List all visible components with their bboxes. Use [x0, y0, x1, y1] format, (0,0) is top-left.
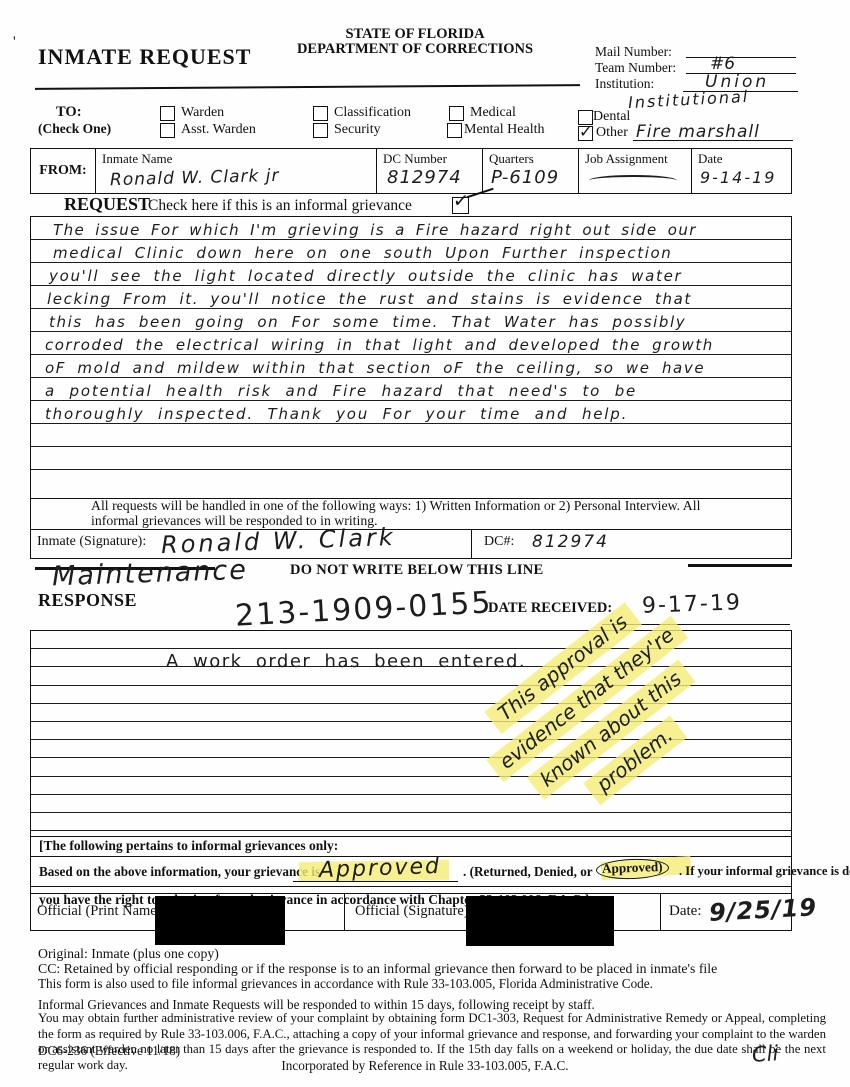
official-print-name-label: Official (Print Name) — [37, 903, 162, 920]
mail-number-label: Mail Number: — [595, 44, 672, 60]
checkbox-security[interactable] — [313, 123, 328, 138]
checkbox-medical-label: Medical — [470, 105, 516, 121]
checkbox-asst-warden[interactable] — [160, 123, 175, 138]
inmate-name-cell[interactable]: Inmate Name Ronald W. Clark jr — [96, 149, 377, 193]
request-line: The issue For which I'm grieving is a Fi… — [53, 221, 697, 239]
job-assignment-label: Job Assignment — [585, 151, 668, 167]
checkbox-security-label: Security — [334, 122, 381, 138]
checkbox-warden[interactable] — [160, 106, 175, 121]
agency-line2: DEPARTMENT OF CORRECTIONS — [250, 41, 580, 58]
inmate-signature-label: Inmate (Signature): — [37, 534, 146, 550]
grievance-footer-line1: [The following pertains to informal grie… — [39, 838, 338, 854]
dc-number-value: 812974 — [387, 167, 462, 188]
request-line: lecking From it. you'll notice the rust … — [47, 290, 692, 308]
institution-label: Institution: — [595, 76, 654, 92]
scan-mark: ' — [13, 34, 16, 51]
grievance-footer-line1-row: [The following pertains to informal grie… — [31, 835, 791, 857]
footer-cc: CC: Retained by official responding or i… — [38, 961, 717, 977]
handling-note-row: All requests will be handled in one of t… — [30, 497, 792, 530]
date-label: Date — [698, 151, 723, 167]
job-assignment-cell[interactable]: Job Assignment — [579, 149, 692, 193]
from-label: FROM: — [39, 163, 86, 179]
other-value-line — [633, 124, 793, 141]
quarters-cell[interactable]: Quarters P-6109 — [483, 149, 579, 193]
team-number-label: Team Number: — [595, 60, 676, 76]
check-one-label: (Check One) — [38, 121, 111, 137]
inmate-name-label: Inmate Name — [102, 151, 172, 167]
checkbox-classification[interactable] — [313, 106, 328, 121]
grievance-footer-box: [The following pertains to informal grie… — [30, 835, 792, 894]
informal-grievance-checkmark: ✓ — [452, 189, 470, 212]
from-table: FROM: Inmate Name Ronald W. Clark jr DC … — [30, 148, 792, 194]
grievance-result-row: Based on the above information, your gri… — [31, 857, 791, 887]
inmate-signature-value: Ronald W. Clark — [161, 523, 397, 559]
footer-form-use: This form is also used to file informal … — [38, 976, 653, 992]
inmate-signature-cell[interactable]: Inmate (Signature): Ronald W. Clark — [31, 529, 472, 558]
dc-number-cell[interactable]: DC Number 812974 — [377, 149, 483, 193]
checkbox-medical[interactable] — [449, 106, 464, 121]
maintenance-note: Maintenance — [52, 555, 249, 593]
mail-number-line[interactable] — [686, 41, 796, 58]
official-date-label: Date: — [669, 903, 701, 920]
grievance-result-value: Approved — [319, 854, 442, 883]
official-signature-label: Official (Signature): — [355, 903, 473, 920]
grievance-result-pre: Based on the above information, your gri… — [39, 864, 320, 880]
form-title: INMATE REQUEST — [38, 44, 251, 70]
from-label-cell: FROM: — [31, 149, 96, 193]
quarters-value: P-6109 — [491, 167, 559, 188]
request-line: corroded the electrical wiring in that l… — [45, 336, 714, 354]
checkbox-other-label: Other — [596, 125, 628, 141]
handling-note-line1: All requests will be handled in one of t… — [91, 498, 700, 514]
to-label: TO: — [56, 104, 82, 121]
request-line: medical Clinic down here on one south Up… — [53, 244, 672, 262]
official-row: Official (Print Name) Official (Signatur… — [30, 893, 792, 931]
informal-grievance-label: Check here if this is an informal grieva… — [148, 197, 412, 215]
official-date-value: 9/25/19 — [708, 893, 817, 927]
request-line: this has been going on For some time. Th… — [49, 313, 686, 331]
request-line: a potential health risk and Fire hazard … — [45, 382, 637, 400]
checkbox-dental-label: Dental — [593, 109, 630, 125]
checkbox-classification-label: Classification — [334, 105, 411, 121]
checkbox-mental-health[interactable] — [447, 123, 462, 138]
do-not-write-label: DO NOT WRITE BELOW THIS LINE — [290, 562, 544, 579]
team-number-value: #6 — [710, 54, 735, 74]
inmate-name-value: Ronald W. Clark jr — [110, 166, 280, 190]
official-date-cell[interactable]: Date: 9/25/19 — [661, 894, 791, 930]
checkbox-mental-health-label: Mental Health — [464, 122, 544, 138]
footer-original: Original: Inmate (plus one copy) — [38, 946, 219, 962]
footer-incorporated: Incorporated by Reference in Rule 33-103… — [0, 1058, 850, 1074]
header-rule — [35, 84, 580, 90]
request-line: thoroughly inspected. Thank you For your… — [45, 405, 628, 423]
quarters-label: Quarters — [489, 151, 534, 167]
redaction-print-name — [155, 896, 285, 945]
date-received-label: DATE RECEIVED: — [488, 600, 612, 617]
inmate-dc-cell[interactable]: DC#: 812974 — [472, 529, 791, 558]
inmate-dc-value: 812974 — [532, 532, 609, 552]
date-cell[interactable]: Date 9-14-19 — [692, 149, 791, 193]
inmate-request-form: ' INMATE REQUEST STATE OF FLORIDA DEPART… — [0, 0, 850, 1087]
request-heading: REQUEST — [64, 194, 150, 215]
checkbox-asst-warden-label: Asst. Warden — [181, 122, 256, 138]
response-heading: RESPONSE — [38, 590, 137, 611]
footer-form-number: DC6-236 (Effective 11/18) — [38, 1043, 180, 1059]
grievance-result-post: . If your informal grievance is denied, — [679, 864, 850, 879]
request-box[interactable]: The issue For which I'm grieving is a Fi… — [30, 216, 792, 499]
checkbox-other-checkmark: ✓ — [579, 122, 592, 141]
footer-corner-initials: Cli — [751, 1041, 779, 1067]
request-line: oF mold and mildew within that section o… — [45, 359, 705, 377]
request-line: you'll see the light located directly ou… — [49, 267, 682, 285]
job-assignment-dash — [589, 175, 677, 186]
grievance-number: 213-1909-0155 — [234, 585, 493, 633]
do-not-write-right-line — [688, 564, 792, 567]
redaction-signature — [466, 896, 614, 946]
checkbox-warden-label: Warden — [181, 105, 224, 121]
inmate-dc-label: DC#: — [484, 534, 514, 550]
dc-number-label: DC Number — [383, 151, 447, 167]
date-value: 9-14-19 — [700, 168, 776, 187]
